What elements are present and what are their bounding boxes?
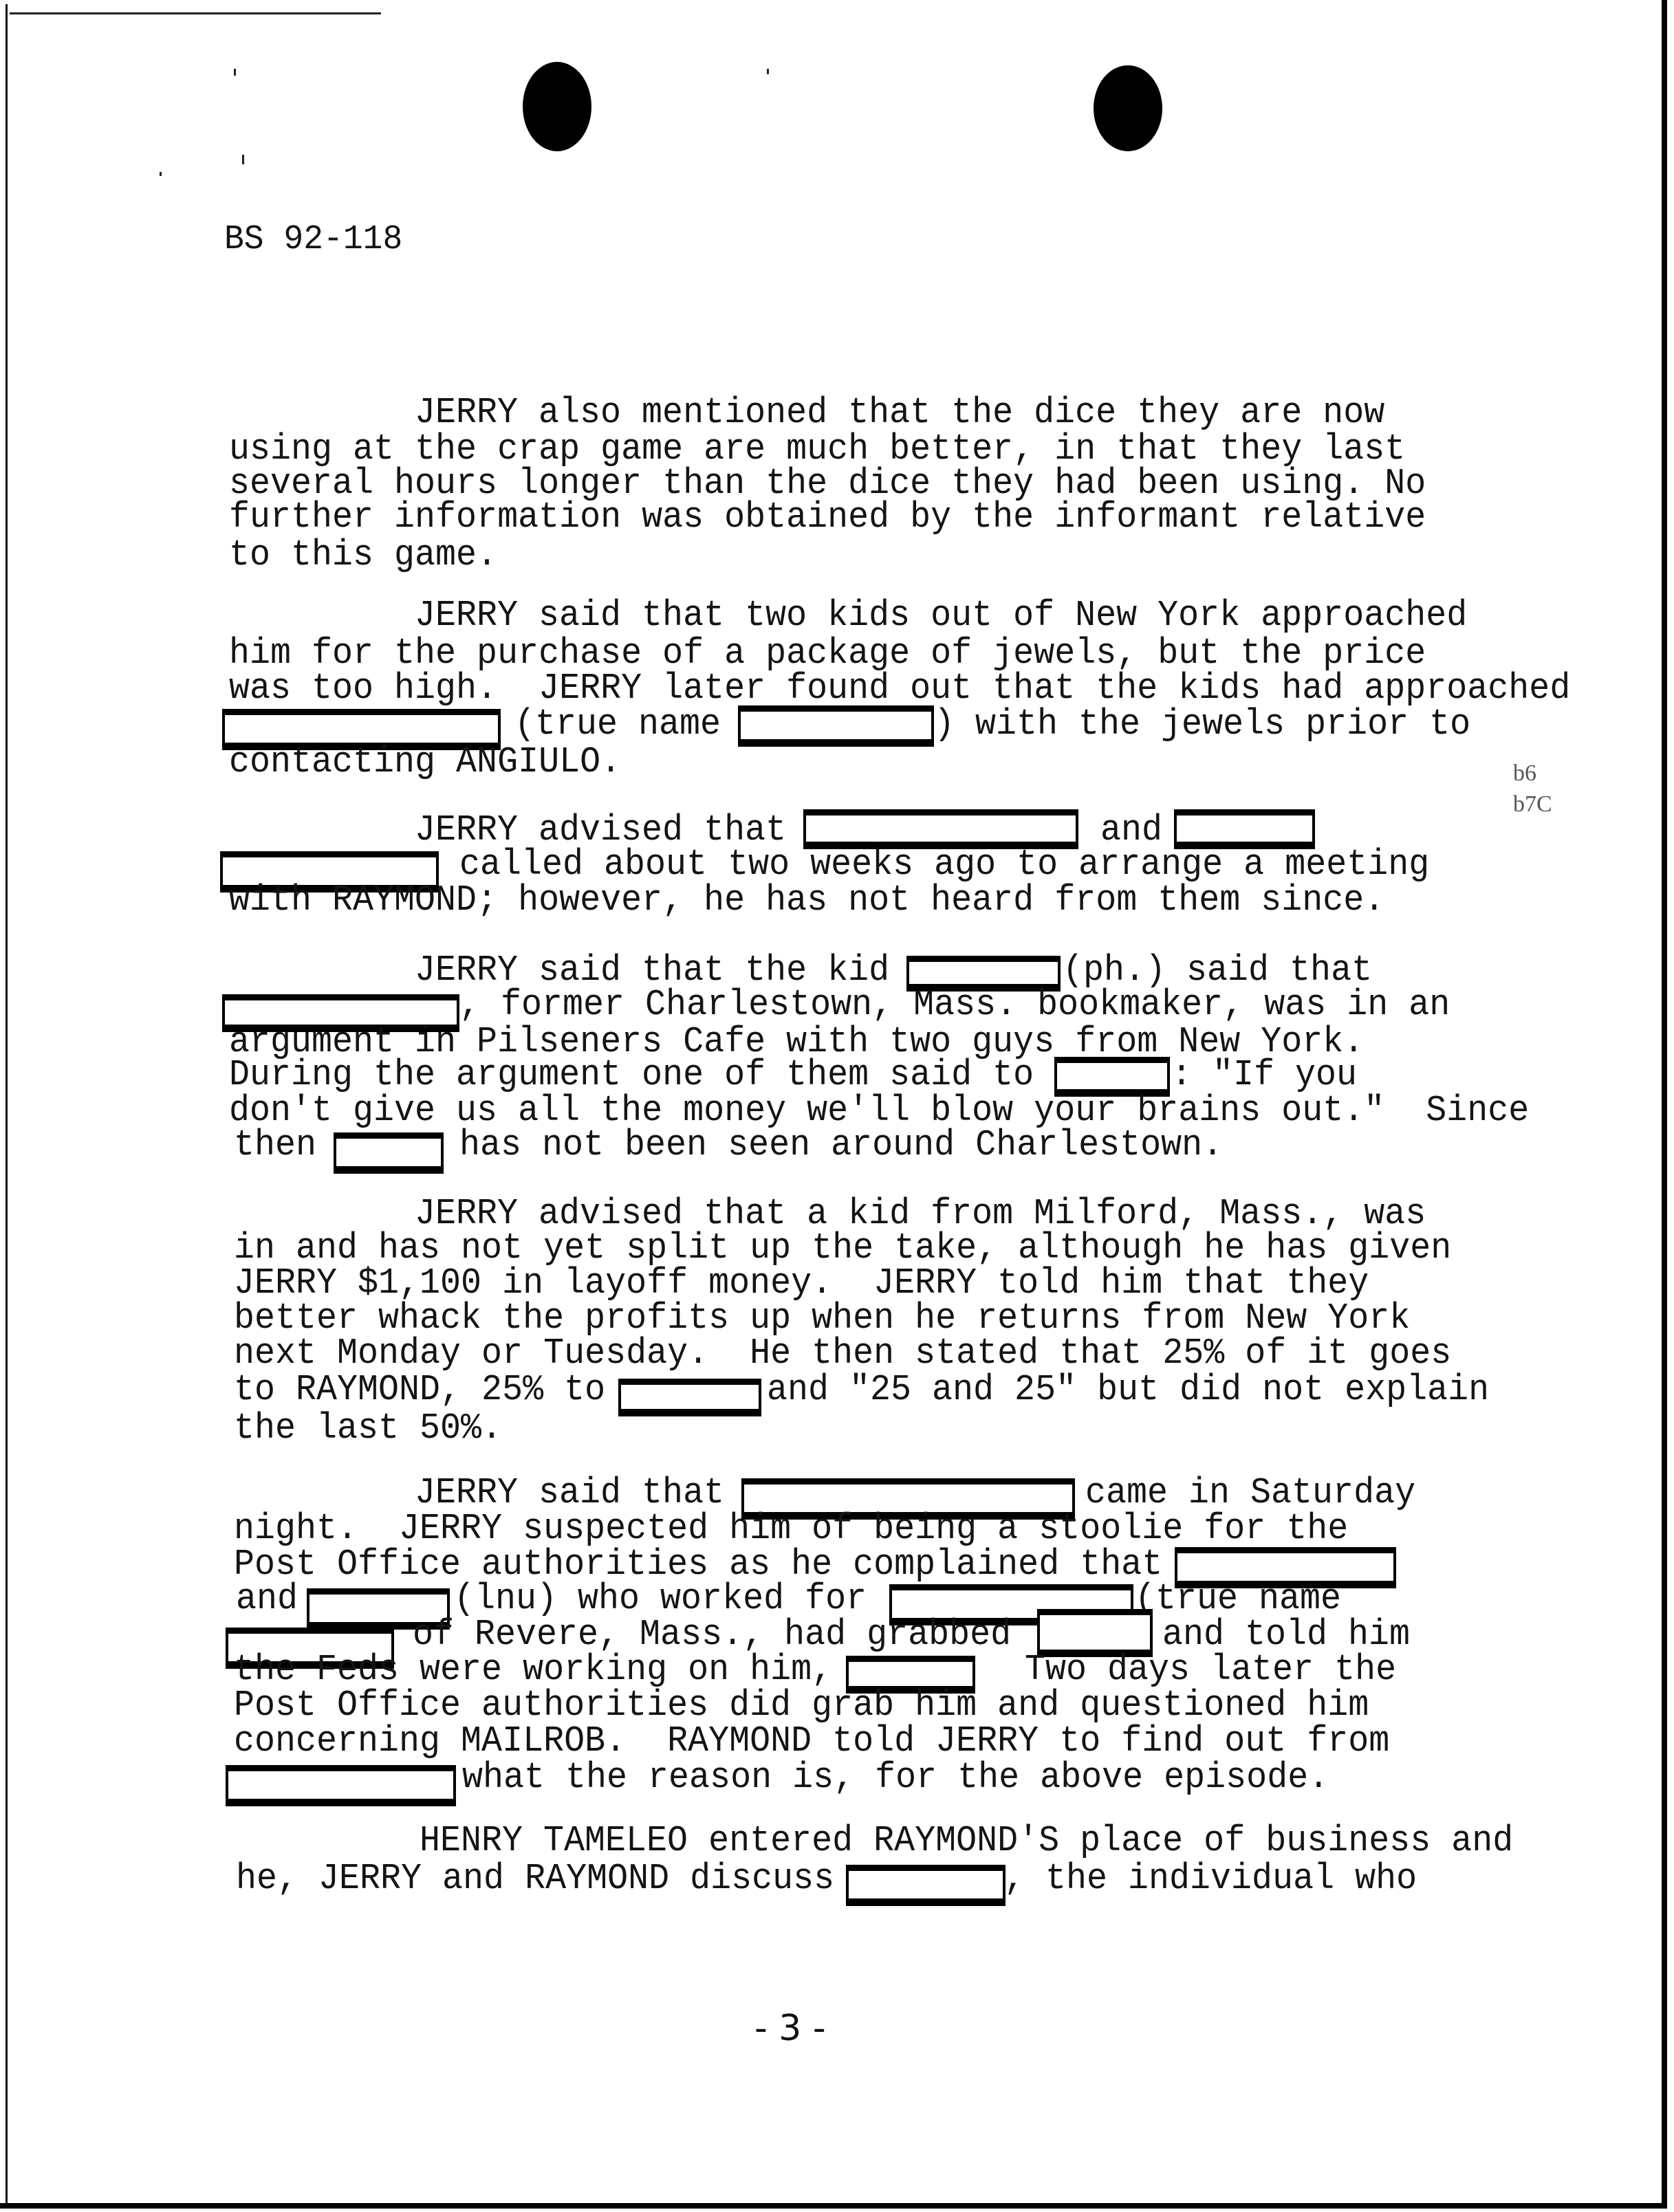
p4-line: JERRY said that the kid	[415, 953, 889, 989]
p6-line: of Revere, Mass., had grabbed	[413, 1617, 1011, 1654]
p1-line: using at the crap game are much better, …	[229, 432, 1405, 468]
scan-edge-bottom	[0, 2203, 1667, 2209]
p3-line: and	[1100, 813, 1162, 849]
p2-line: contacting ANGIULO.	[229, 745, 621, 781]
p6-line: JERRY said that	[415, 1476, 724, 1512]
p5-line: and "25 and 25" but did not explain	[767, 1372, 1489, 1409]
p6-line: concerning MAILROB. RAYMOND told JERRY t…	[234, 1724, 1389, 1760]
p6-line: night. JERRY suspected him of being a st…	[234, 1511, 1348, 1548]
p6-line: came in Saturday	[1085, 1476, 1415, 1512]
p3-line: called about two weeks ago to arrange a …	[459, 847, 1429, 884]
p5-line: JERRY $1,100 in layoff money. JERRY told…	[234, 1266, 1369, 1302]
redaction-box	[618, 1379, 761, 1416]
scan-speck	[234, 69, 236, 76]
p2-line: (true name	[514, 707, 721, 743]
p4-line: has not been seen around Charlestown.	[459, 1128, 1223, 1164]
p7-line: he, JERRY and RAYMOND discuss	[236, 1861, 834, 1898]
p5-line: the last 50%.	[234, 1411, 502, 1447]
document-page: BS 92-118 JERRY also mentioned that the …	[0, 0, 1674, 2212]
p6-line: and told him	[1162, 1617, 1410, 1654]
p1-line: further information was obtained by the …	[229, 500, 1426, 536]
redaction-box	[1174, 809, 1315, 849]
redaction-box	[738, 705, 934, 747]
p6-line: Two days later the	[1025, 1652, 1396, 1689]
punch-hole-icon	[523, 62, 591, 151]
p2-line: JERRY said that two kids out of New York…	[415, 598, 1467, 635]
p5-line: next Monday or Tuesday. He then stated t…	[234, 1336, 1451, 1372]
p4-line: then	[234, 1128, 316, 1164]
file-number: BS 92-118	[224, 221, 402, 258]
p4-line: (ph.) said that	[1063, 953, 1372, 989]
p4-line: don't give us all the money we'll blow y…	[229, 1093, 1529, 1130]
p1-line: to this game.	[229, 538, 497, 574]
p2-line: ) with the jewels prior to	[934, 707, 1470, 743]
p4-line: , former Charlestown, Mass. bookmaker, w…	[459, 987, 1450, 1024]
scan-edge-top	[10, 12, 381, 14]
scan-speck	[767, 69, 769, 74]
p5-line: to RAYMOND, 25% to	[234, 1372, 605, 1409]
p5-line: better whack the profits up when he retu…	[234, 1301, 1410, 1337]
redaction-box	[803, 809, 1078, 849]
p6-line: Post Office authorities as he complained…	[234, 1547, 1162, 1584]
p5-line: in and has not yet split up the take, al…	[234, 1231, 1451, 1267]
p6-line: (lnu) who worked for	[454, 1581, 867, 1618]
exemption-code-b6: b6	[1513, 760, 1536, 787]
p1-line: JERRY also mentioned that the dice they …	[415, 395, 1384, 432]
p6-line: what the reason is, for the above episod…	[462, 1760, 1329, 1797]
redaction-box	[226, 1765, 456, 1806]
p2-line: him for the purchase of a package of jew…	[229, 636, 1426, 672]
p5-line: JERRY advised that a kid from Milford, M…	[415, 1196, 1426, 1233]
punch-hole-icon	[1094, 65, 1162, 151]
redaction-box	[846, 1865, 1006, 1906]
p2-line: was too high. JERRY later found out that…	[229, 671, 1570, 708]
p4-line: : "If you	[1171, 1058, 1357, 1094]
p7-line: HENRY TAMELEO entered RAYMOND'S place of…	[420, 1824, 1513, 1860]
scan-edge-right	[1662, 0, 1667, 2209]
p4-line: During the argument one of them said to	[229, 1058, 1034, 1094]
p6-line: (true name	[1135, 1581, 1341, 1618]
scan-edge-left	[6, 4, 8, 2204]
page-number: - 3 -	[754, 2008, 826, 2049]
p7-line: , the individual who	[1004, 1861, 1417, 1898]
scan-speck	[242, 155, 244, 164]
p3-line: JERRY advised that	[415, 813, 786, 849]
scan-speck	[160, 172, 162, 176]
p3-line: with RAYMOND; however, he has not heard …	[229, 883, 1384, 919]
p6-line: and	[236, 1581, 298, 1618]
redaction-box	[334, 1132, 444, 1174]
p6-line: the Feds were working on him,	[234, 1652, 832, 1689]
exemption-code-b7c: b7C	[1513, 791, 1552, 818]
p6-line: Post Office authorities did grab him and…	[234, 1688, 1369, 1724]
